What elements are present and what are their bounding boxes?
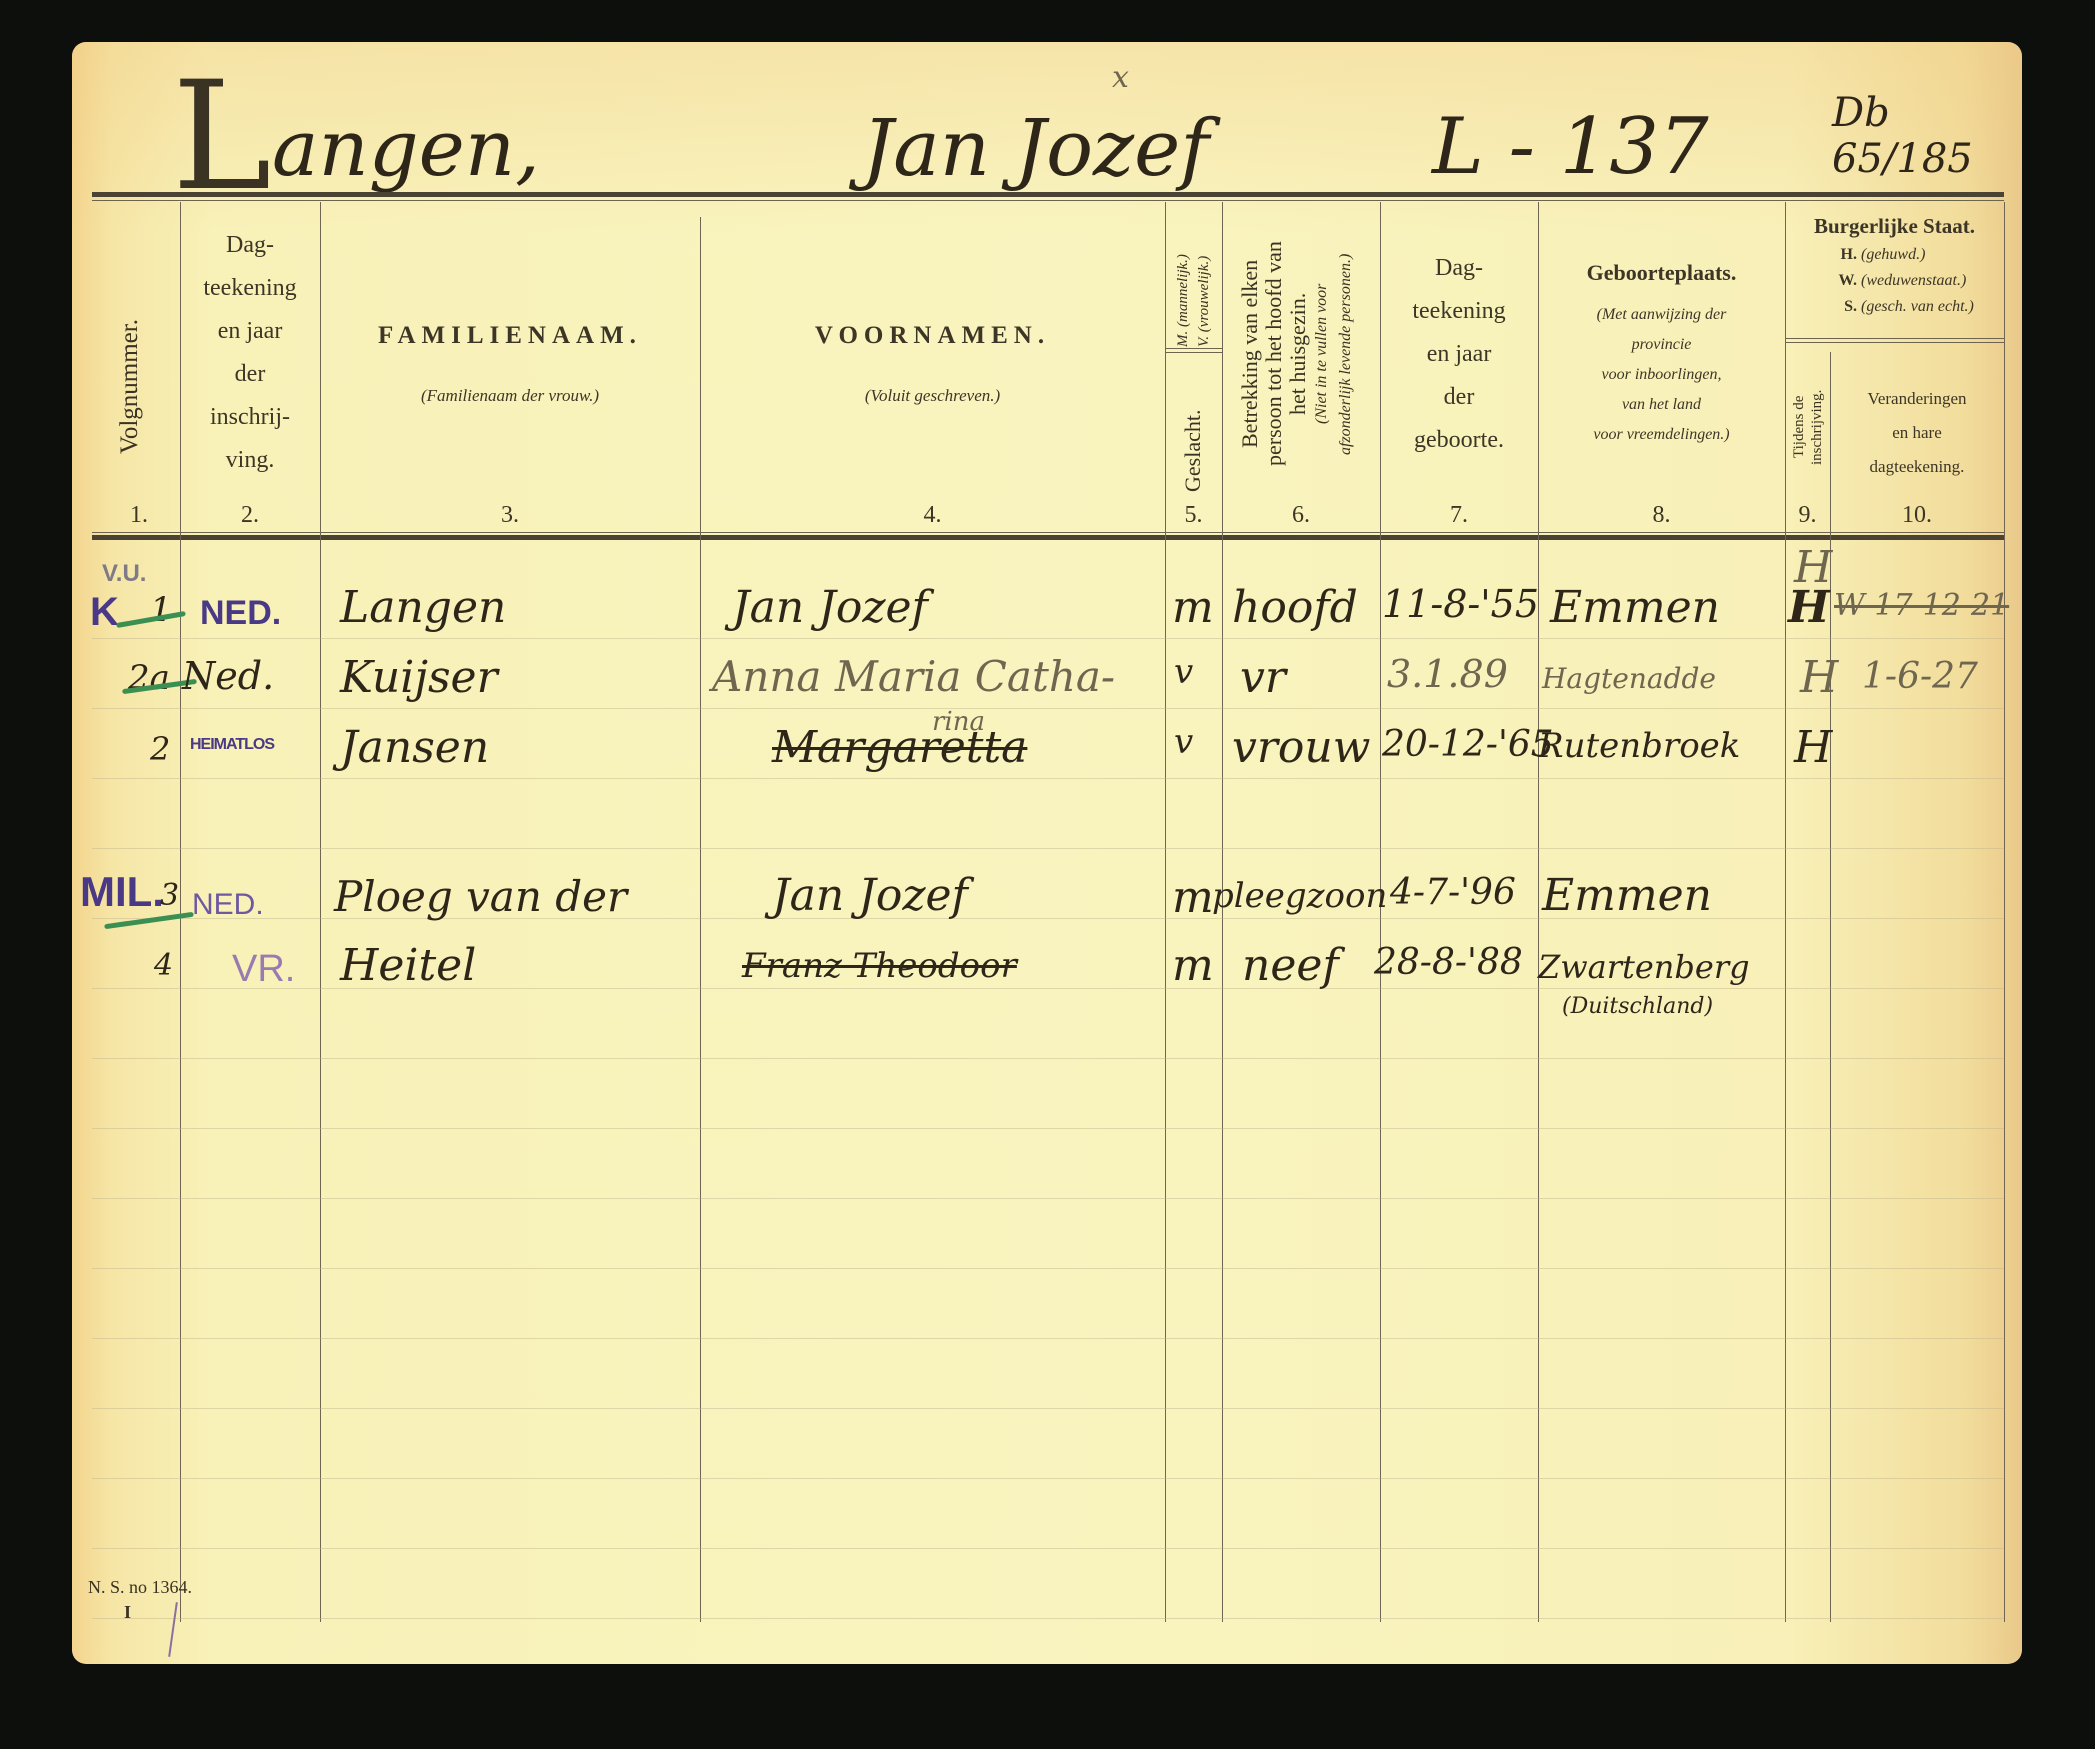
col8-note-line: voor vreemdelingen.) xyxy=(1538,420,1785,450)
row4-familienaam: Ploeg van der xyxy=(334,872,627,921)
row5-nationality-stamp: VR. xyxy=(232,948,295,991)
ruling xyxy=(92,1338,2004,1339)
row2-nationality: Ned. xyxy=(182,654,274,698)
col8-note-line: voor inboorlingen, xyxy=(1538,360,1785,390)
col6-note: (Niet in te vullen voor xyxy=(1313,284,1330,424)
ruling xyxy=(92,1478,2004,1479)
col7-line: geboorte. xyxy=(1380,419,1538,462)
ruling xyxy=(92,1268,2004,1269)
bs-split-rule-2 xyxy=(1785,342,2004,343)
row1-geslacht: m xyxy=(1172,582,1214,633)
header-x-mark: x xyxy=(1112,60,1129,95)
col2-line: en jaar xyxy=(180,310,320,353)
col9-number: 9. xyxy=(1785,502,1830,529)
col-divider-right xyxy=(2004,202,2005,1622)
row2-geslacht: v xyxy=(1174,652,1193,692)
col9-header: Tijdens de inschrijving. xyxy=(1790,357,1826,497)
stamp-k: K xyxy=(90,590,119,635)
row5-betrekking: neef xyxy=(1242,940,1339,991)
bs-w-desc: (weduwenstaat.) xyxy=(1861,272,1966,289)
col8-title: Geboorteplaats. xyxy=(1538,260,1785,286)
ruling xyxy=(92,1128,2004,1129)
col2-line: Dag- xyxy=(180,224,320,267)
col5-legend-m: M. (mannelijk.) xyxy=(1175,207,1192,347)
col8-note: (Met aanwijzing der provincie voor inboo… xyxy=(1538,300,1785,450)
row4-nationality-stamp: NED. xyxy=(192,888,264,922)
col9-line: Tijdens de xyxy=(1791,396,1807,458)
col8-note-line: provincie xyxy=(1538,330,1785,360)
row1-familienaam: Langen xyxy=(340,582,506,633)
row5-geslacht: m xyxy=(1172,940,1214,991)
row1-volgnummer: 1 xyxy=(150,590,172,630)
register-card: L angen, Jan Jozef x L - 137 Db 65/185 V… xyxy=(72,42,2022,1664)
top-rule xyxy=(92,192,2004,197)
form-sub: I xyxy=(124,1602,131,1623)
col-divider-2 xyxy=(320,202,321,1622)
stamp-mil: MIL. xyxy=(80,868,164,916)
row5-geboortedatum: 28-8-'88 xyxy=(1374,942,1523,983)
bs-legend: H. (gehuwd.) W. (weduwenstaat.) S. (gesc… xyxy=(1807,242,1974,320)
col5-number: 5. xyxy=(1165,502,1222,529)
row1-geboortedatum: 11-8-'55 xyxy=(1382,582,1539,626)
col-divider-3 xyxy=(700,217,701,1622)
row5-geboorteplaats: Zwartenberg xyxy=(1538,948,1750,986)
row4-geboorteplaats: Emmen xyxy=(1542,870,1712,921)
row3-familienaam: Jansen xyxy=(340,722,489,773)
col3-number: 3. xyxy=(320,502,700,529)
col8-number: 8. xyxy=(1538,502,1785,529)
ruling xyxy=(92,708,2004,709)
col7-line: en jaar xyxy=(1380,333,1538,376)
row1-veranderingen: W 17-12-21 xyxy=(1834,588,2009,623)
col4-number: 4. xyxy=(700,502,1165,529)
col8-note-line: (Met aanwijzing der xyxy=(1538,300,1785,330)
top-rule-thin xyxy=(92,200,2004,201)
col10-line: en hare xyxy=(1830,416,2004,450)
col2-line: ving. xyxy=(180,439,320,482)
row3-betrekking: vrouw xyxy=(1232,722,1370,773)
row4-geboortedatum: 4-7-'96 xyxy=(1390,872,1516,913)
mv-split-rule-2 xyxy=(1165,352,1222,353)
header-annotation: Db 65/185 xyxy=(1832,90,2022,182)
row4-voornamen: Jan Jozef xyxy=(772,870,968,921)
header-reference: L - 137 xyxy=(1432,102,1709,192)
col6-note: afzonderlijk levende personen.) xyxy=(1337,253,1354,454)
col3-subtitle: (Familienaam der vrouw.) xyxy=(320,386,700,406)
ruling xyxy=(92,1548,2004,1549)
mv-split-rule xyxy=(1165,348,1222,349)
ruling xyxy=(92,1408,2004,1409)
col7-header: Dag- teekening en jaar der geboorte. xyxy=(1380,247,1538,462)
row2-staat: H xyxy=(1800,652,1838,703)
stamp-vu: V.U. xyxy=(102,560,146,588)
row2-geboortedatum: 3.1.89 xyxy=(1387,652,1508,696)
row5-geboorteplaats-note: (Duitschland) xyxy=(1562,994,1713,1019)
row3-geslacht: v xyxy=(1174,722,1193,762)
col4-title: VOORNAMEN. xyxy=(700,322,1165,350)
col7-line: Dag- xyxy=(1380,247,1538,290)
header-given-names: Jan Jozef xyxy=(862,104,1209,194)
row5-volgnummer: 4 xyxy=(154,948,173,983)
col6-number: 6. xyxy=(1222,502,1380,529)
col2-line: inschrij- xyxy=(180,396,320,439)
col2-line: teekening xyxy=(180,267,320,310)
col10-line: dagteekening. xyxy=(1830,450,2004,484)
col6-header: Betrekking van elken persoon tot het hoo… xyxy=(1238,214,1358,494)
ruling xyxy=(92,638,2004,639)
bs-h: H. xyxy=(1807,242,1857,268)
header-bottom-rule xyxy=(92,535,2004,540)
col1-header: Volgnummer. xyxy=(116,307,144,467)
col7-line: teekening xyxy=(1380,290,1538,333)
row5-familienaam: Heitel xyxy=(340,940,476,991)
row4-betrekking: pleegzoon xyxy=(1212,876,1387,916)
bs-split-rule xyxy=(1785,338,2004,339)
bs-title: Burgerlijke Staat. xyxy=(1785,214,2004,239)
bs-h-desc: (gehuwd.) xyxy=(1861,246,1925,263)
ruling xyxy=(92,1198,2004,1199)
purple-pen-mark xyxy=(168,1602,178,1657)
row4-volgnummer: 3 xyxy=(160,878,179,913)
row2-veranderingen: 1-6-27 xyxy=(1862,656,1978,697)
row3-volgnummer: 2 xyxy=(150,730,170,768)
row2-betrekking: vr xyxy=(1240,652,1286,703)
row4-geslacht: m xyxy=(1172,872,1214,923)
col7-line: der xyxy=(1380,376,1538,419)
col8-note-line: van het land xyxy=(1538,390,1785,420)
col2-number: 2. xyxy=(180,502,320,529)
row1-betrekking: hoofd xyxy=(1232,582,1358,633)
header-bottom-rule-thin xyxy=(92,532,2004,533)
printed-initial: L xyxy=(172,62,272,212)
col6-line: het huisgezin. xyxy=(1285,293,1310,415)
row2-familienaam: Kuijser xyxy=(340,652,498,703)
row3-geboorteplaats: Rutenbroek xyxy=(1538,726,1740,766)
header-surname: angen, xyxy=(272,104,540,194)
bs-w: W. xyxy=(1807,268,1857,294)
row1-geboorteplaats: Emmen xyxy=(1550,582,1720,633)
ruling xyxy=(92,778,2004,779)
col10-line: Veranderingen xyxy=(1830,382,2004,416)
col-divider-8 xyxy=(1785,202,1786,1622)
row1-voornamen: Jan Jozef xyxy=(732,582,928,633)
row1-staat: H xyxy=(1788,582,1830,633)
col3-title: FAMILIENAAM. xyxy=(320,322,700,350)
row3-heimatlos-stamp: HEIMATLOS xyxy=(190,736,274,754)
row3-geboortedatum: 20-12-'65 xyxy=(1382,724,1554,765)
row1-nationality-stamp: NED. xyxy=(200,594,281,633)
col5-title: Geslacht. xyxy=(1180,372,1206,492)
bs-s-desc: (gesch. van echt.) xyxy=(1861,298,1974,315)
col6-line: persoon tot het hoofd van xyxy=(1261,242,1286,467)
row2-geboorteplaats: Hagtenadde xyxy=(1542,662,1716,695)
ruling xyxy=(92,1618,2004,1619)
col10-number: 10. xyxy=(1830,502,2004,529)
row5-voornamen: Franz Theodoor xyxy=(742,946,1017,986)
ruling xyxy=(92,848,2004,849)
col-divider-4 xyxy=(1165,202,1166,1622)
col5-legend-v: V. (vrouwelijk.) xyxy=(1196,207,1213,347)
row3-staat: H xyxy=(1794,722,1832,773)
ruling xyxy=(92,1058,2004,1059)
col10-header: Veranderingen en hare dagteekening. xyxy=(1830,382,2004,484)
col4-subtitle: (Voluit geschreven.) xyxy=(700,386,1165,406)
col1-number: 1. xyxy=(130,502,148,529)
form-number: N. S. no 1364. xyxy=(88,1577,192,1598)
col2-header: Dag- teekening en jaar der inschrij- vin… xyxy=(180,224,320,482)
row3-voornamen: Margaretta xyxy=(772,722,1027,773)
col2-line: der xyxy=(180,353,320,396)
col6-line: Betrekking van elken xyxy=(1237,260,1262,448)
row2-voornamen: Anna Maria Catha- xyxy=(712,652,1115,701)
col9-line: inschrijving. xyxy=(1809,389,1825,464)
bs-s: S. xyxy=(1807,294,1857,320)
col7-number: 7. xyxy=(1380,502,1538,529)
